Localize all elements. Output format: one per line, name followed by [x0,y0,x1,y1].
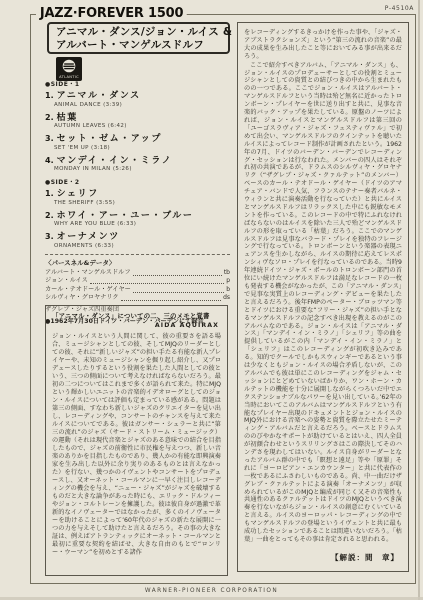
instrument-abbr: b [226,286,230,294]
track-item: 3.オーナメンツ ORNAMENTS (6:33) [45,232,230,249]
track-title-en: WHY ARE YOU BLUE (6:33) [54,221,230,228]
catalog-number: P-4510A [385,5,414,12]
track-number: 2. [45,113,54,122]
commentary-credit: 【解説：間 章】 [331,552,399,563]
essay-author: AIDA AQUIRAX [52,322,219,329]
track-item: 2.ホワイ・アー・ユー・ブルー WHY ARE YOU BLUE (6:33) [45,211,230,228]
side1-label: ●SIDE・1 [45,79,230,88]
track-title-jp: 枯葉 [57,113,78,123]
dot-leader [133,292,224,293]
side2-label: ●SIDE・2 [45,177,230,186]
instrument-abbr: ds [223,294,230,302]
essay-paragraph-1: をレコーディングするきっかけを作った事や、「ジャズ・アブストラクションズ」という… [244,29,402,61]
track-title-jp: マンデイ・イン・ミラノ [57,156,173,166]
track-title-en: THE SHERIFF (3:55) [54,200,230,207]
track-number: 1. [45,91,54,100]
track-title-en: ANIMAL DANCE (3:39) [54,102,230,109]
footer-company: WARNER-PIONEER CORPORATION [0,588,423,594]
page-edge-shadow [418,0,420,600]
essay-paragraph-2: ここで紹介すべきアルバム、「アニマル・ダンス」も、ジョン・ルイスのプロデューサー… [244,62,402,544]
member-name: シルヴィヤ・グロヤナリク [45,294,119,302]
track-title-en: SET 'EM UP (3:18) [54,145,230,152]
dot-leader [121,300,221,301]
personnel-row: シルヴィヤ・グロヤナリク ds [45,294,230,302]
essay-body-left: ジョン・ルイスという人間に関して、彼の重要さを語る場合、ミュージシャンとしての彼… [52,333,221,557]
track-title-en: AUTUMN LEAVES (6:42) [54,123,230,130]
album-title-line1: アニマル・ダンス/ジョン・ルイス & [56,26,222,39]
album-title-line2: アルバート・マンゲルスドルフ [56,39,222,52]
personnel-row: アルバート・マンゲルスドルフ tb [45,269,230,277]
track-item: 3.セット・ゼム・アップ SET 'EM UP (3:18) [45,134,230,151]
track-number: 3. [45,232,54,241]
personnel-row: ジョン・ルイス p [45,277,230,285]
track-item: 2.枯葉 AUTUMN LEAVES (6:42) [45,113,230,130]
track-title-jp: シェリフ [57,189,99,199]
member-name: ジョン・ルイス [45,277,88,285]
track-title-en: ORNAMENTS (6:33) [54,243,230,250]
track-title-jp: セット・ゼム・アップ [57,134,162,144]
essay-box-left: 「アニマル・ダンス」についての二、三のメモと覚書 AIDA AQUIRAX ジョ… [45,305,228,576]
track-number: 3. [45,134,54,143]
essay-title: 「アニマル・ダンス」についての二、三のメモと覚書 [52,311,221,320]
dot-leader [90,283,224,284]
track-item: 1.アニマル・ダンス ANIMAL DANCE (3:39) [45,91,230,108]
tracklist: ●SIDE・1 1.アニマル・ダンス ANIMAL DANCE (3:39) 2… [45,76,230,325]
track-title-jp: アニマル・ダンス [57,91,141,101]
personnel-heading: 〈パースネル&データ〉 [45,258,230,267]
dot-leader [133,275,222,276]
track-number: 2. [45,211,54,220]
member-name: カール・テオドール・ゲイヤー [45,286,131,294]
track-title-en: MONDAY IN MILAN (5:26) [54,166,230,173]
member-name: アルバート・マンゲルスドルフ [45,269,131,277]
instrument-abbr: p [226,277,230,285]
track-title-jp: オーナメンツ [57,232,120,242]
series-title: JAZZ·FOREVER 1500 [36,5,187,21]
track-number: 4. [45,156,54,165]
essay-box-right: をレコーディングするきっかけを作った事や、「ジャズ・アブストラクションズ」という… [237,22,409,572]
instrument-abbr: tb [224,269,230,277]
album-title-box: アニマル・ダンス/ジョン・ルイス & アルバート・マンゲルスドルフ [47,22,230,54]
track-item: 1.シェリフ THE SHERIFF (3:55) [45,189,230,206]
personnel-row: カール・テオドール・ゲイヤー b [45,286,230,294]
track-title-jp: ホワイ・アー・ユー・ブルー [57,211,194,221]
track-number: 1. [45,189,54,198]
track-item: 4.マンデイ・イン・ミラノ MONDAY IN MILAN (5:26) [45,156,230,173]
liner-notes-page: { "header": { "series_title": "JAZZ·FORE… [0,0,423,600]
